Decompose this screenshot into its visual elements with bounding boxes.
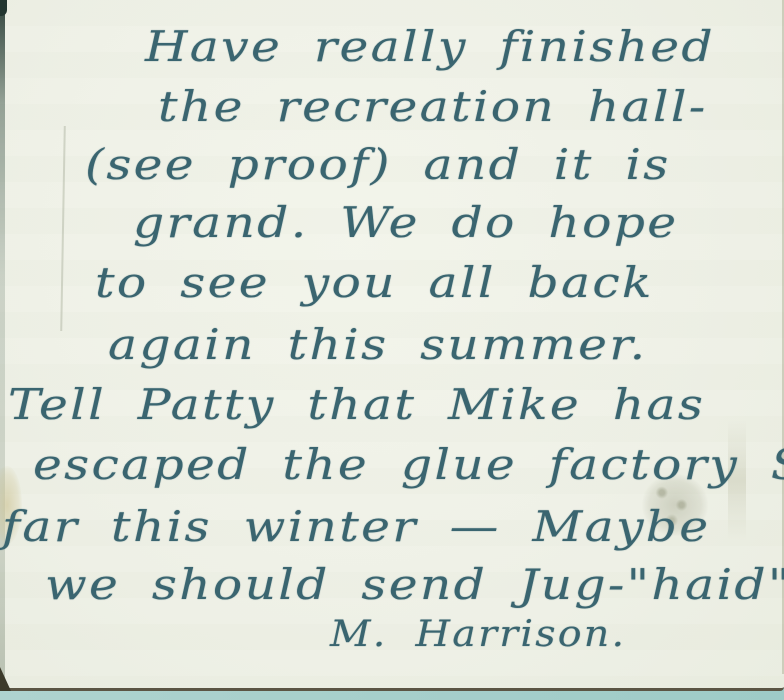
handwritten-line-4: grand. We do hope	[133, 198, 678, 247]
handwritten-line-1: Have really finished	[145, 22, 715, 71]
paper-crease	[60, 126, 66, 331]
card-top-left-corner-shadow	[0, 0, 7, 16]
photo-background: Have really finished the recreation hall…	[0, 0, 784, 700]
handwritten-line-5: to see you all back	[95, 258, 654, 307]
handwritten-line-7: Tell Patty that Mike has	[8, 380, 705, 429]
handwritten-line-3: (see proof) and it is	[85, 140, 671, 189]
handwritten-line-10: we should send Jug-"haid".	[45, 560, 784, 609]
handwritten-line-9: far this winter — Maybe	[2, 502, 710, 551]
handwritten-line-6: again this summer.	[108, 320, 647, 369]
card-bottom-left-corner-shadow	[0, 667, 11, 691]
handwritten-line-8: escaped the glue factory So	[33, 440, 784, 489]
handwritten-line-2: the recreation hall-	[158, 82, 708, 131]
signature: M. Harrison.	[330, 614, 626, 655]
card-left-edge-shadow	[0, 0, 5, 688]
note-card: Have really finished the recreation hall…	[0, 0, 784, 691]
